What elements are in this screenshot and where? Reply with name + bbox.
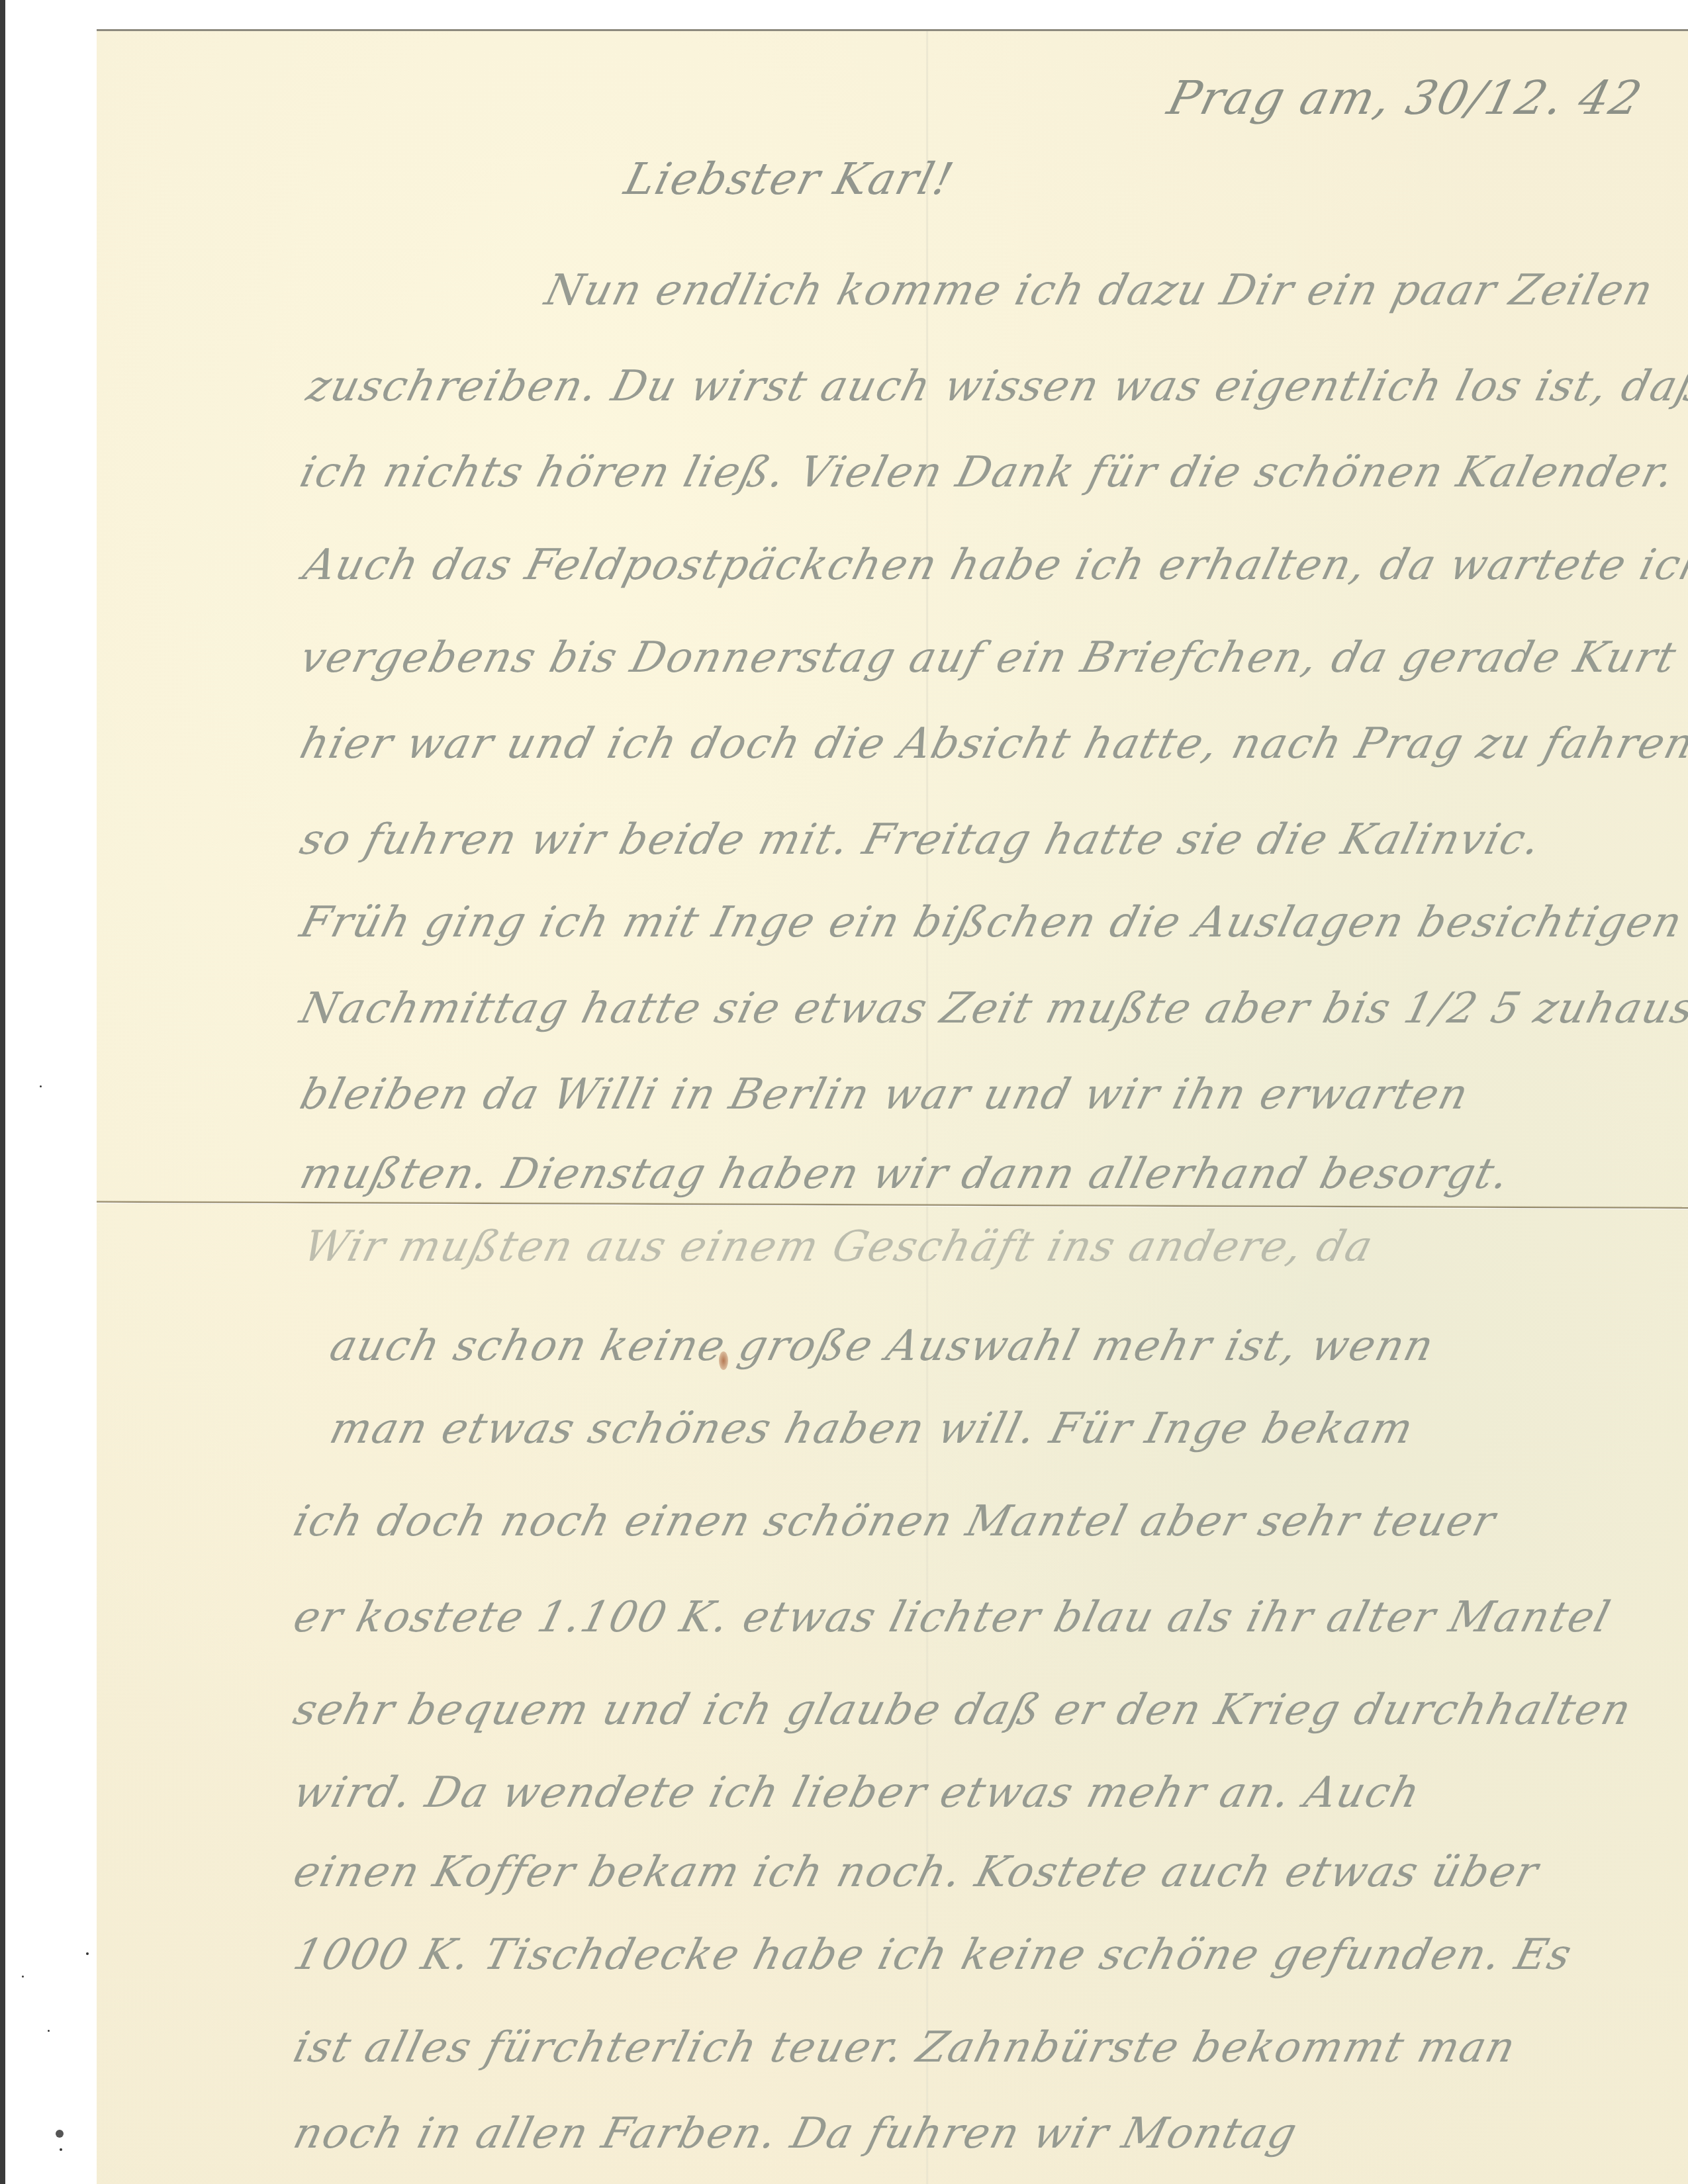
- dust-speck-cluster: [56, 2130, 64, 2138]
- letter-page: Prag am, 30/12. 42 Liebster Karl! Nun en…: [97, 29, 1688, 2184]
- letter-line: ich nichts hören ließ. Vielen Dank für d…: [295, 448, 1680, 497]
- dust-speck: [22, 1976, 24, 1978]
- letter-line: wird. Da wendete ich lieber etwas mehr a…: [289, 1768, 1426, 1817]
- place-date-header: Prag am, 30/12. 42: [1162, 71, 1648, 125]
- letter-line: bleiben da Willi in Berlin war und wir i…: [295, 1070, 1474, 1119]
- letter-line: ich doch noch einen schönen Mantel aber …: [289, 1497, 1501, 1546]
- scanner-edge: [0, 0, 5, 2184]
- letter-line: Nachmittag hatte sie etwas Zeit mußte ab…: [295, 984, 1688, 1033]
- dust-speck: [48, 2030, 50, 2032]
- letter-line: Auch das Feldpostpäckchen habe ich erhal…: [299, 541, 1688, 590]
- horizontal-fold-crease: [97, 1201, 1688, 1210]
- salutation: Liebster Karl!: [620, 154, 959, 205]
- letter-line: er kostete 1.100 K. etwas lichter blau a…: [289, 1593, 1616, 1642]
- letter-line: mußten. Dienstag haben wir dann allerhan…: [295, 1150, 1515, 1199]
- letter-line: einen Koffer bekam ich noch. Kostete auc…: [289, 1848, 1544, 1897]
- letter-line: auch schon keine große Auswahl mehr ist,…: [325, 1322, 1440, 1371]
- letter-line: Früh ging ich mit Inge ein bißchen die A…: [295, 898, 1688, 947]
- letter-line: Wir mußten aus einem Geschäft ins andere…: [299, 1222, 1379, 1271]
- letter-line: hier war und ich doch die Absicht hatte,…: [295, 719, 1688, 768]
- letter-line: vergebens bis Donnerstag auf ein Briefch…: [295, 633, 1682, 682]
- letter-line: 1000 K. Tischdecke habe ich keine schöne…: [289, 1931, 1577, 1979]
- letter-line: man etwas schönes haben will. Für Inge b…: [325, 1404, 1419, 1453]
- letter-line: Nun endlich komme ich dazu Dir ein paar …: [540, 266, 1659, 315]
- dust-speck: [60, 2148, 62, 2151]
- letter-line: zuschreiben. Du wirst auch wissen was ei…: [302, 362, 1688, 411]
- letter-line: ist alles fürchterlich teuer. Zahnbürste…: [289, 2023, 1521, 2072]
- letter-line: noch in allen Farben. Da fuhren wir Mont…: [289, 2109, 1303, 2158]
- dust-speck: [86, 1952, 89, 1955]
- dust-speck: [40, 1085, 42, 1087]
- letter-line: sehr bequem und ich glaube daß er den Kr…: [289, 1686, 1637, 1735]
- letter-line: so fuhren wir beide mit. Freitag hatte s…: [295, 815, 1546, 864]
